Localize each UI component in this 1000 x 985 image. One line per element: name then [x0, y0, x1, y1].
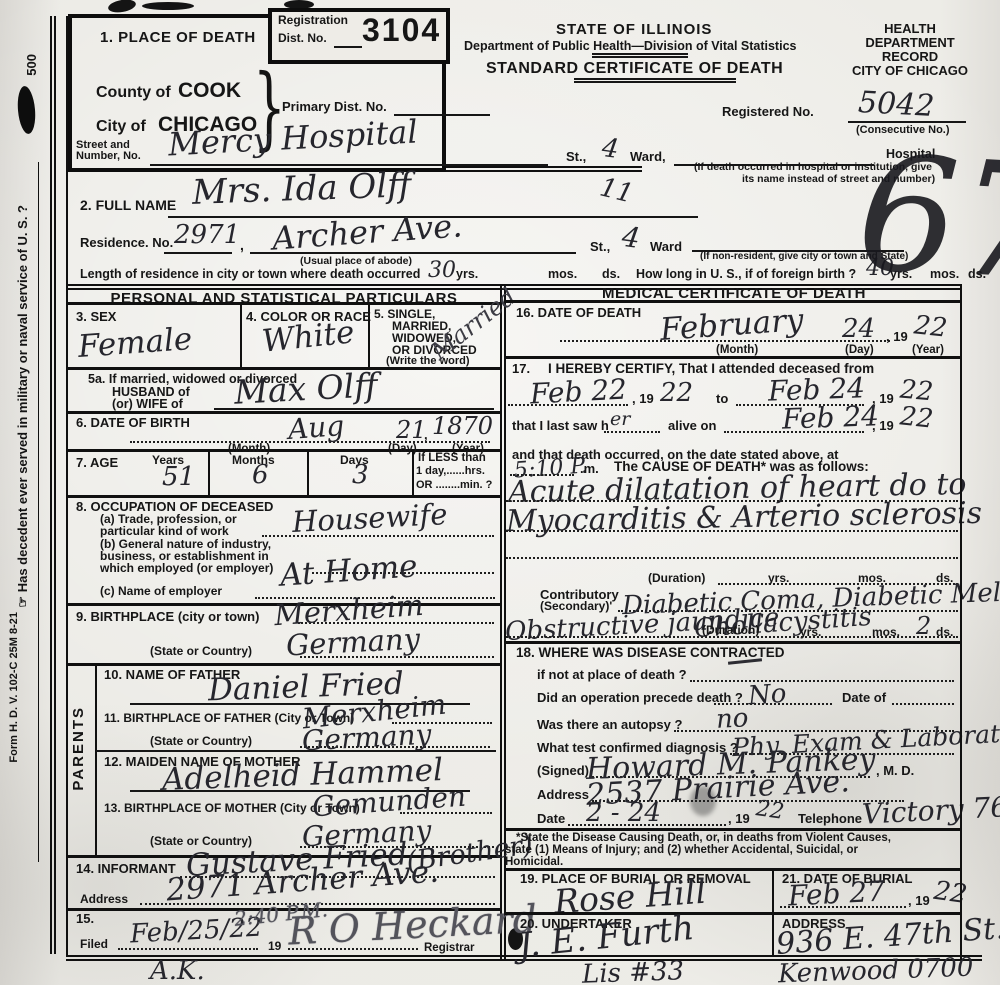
f17-label: 17. — [512, 362, 530, 376]
form-number: Form H. D. V. 102-C 25M 8-21 — [8, 612, 20, 763]
full-name-value: Mrs. Ida Olff — [191, 168, 411, 210]
margin-rule-thin — [38, 162, 39, 862]
cell-border — [307, 452, 309, 495]
rule — [892, 703, 954, 705]
occ-c-label: (c) Name of employer — [100, 585, 222, 598]
dob-day-value: 21 — [396, 418, 427, 442]
sex-value: Female — [77, 324, 193, 363]
operation-value: No — [747, 681, 787, 710]
scan-artifact — [142, 2, 194, 10]
rule — [574, 78, 736, 80]
st-label: St., — [566, 150, 586, 164]
filed-label: Filed — [80, 938, 108, 951]
year-prefix: , 19 — [908, 894, 930, 908]
rule — [592, 53, 688, 55]
year-prefix: , 19 — [886, 330, 908, 344]
day-note: (Day) — [845, 344, 874, 356]
overlay-number: 67 — [854, 135, 1000, 303]
form-right-border — [960, 284, 962, 960]
pointing-hand-icon: ☞ — [15, 596, 30, 608]
lastsaw-pre: that I last saw h — [512, 419, 609, 433]
dob-month-value: Aug — [287, 412, 345, 444]
license-number: Lis #33 — [582, 958, 685, 985]
age-label: 7. AGE — [76, 456, 118, 470]
lastsaw-post: alive on — [668, 419, 716, 433]
dob-year-value: 1870 — [432, 414, 493, 438]
registrar-label: Registrar — [424, 942, 475, 954]
department-line: Department of Public Health—Division of … — [464, 40, 796, 54]
abode-note: (Usual place of abode) — [300, 256, 412, 267]
margin-rule — [50, 16, 56, 954]
cell-border — [412, 452, 414, 495]
rule — [164, 252, 232, 254]
county-label: County of — [96, 84, 171, 101]
attended-from-date: Feb 22 — [529, 375, 627, 408]
ward-value: 4 — [600, 135, 620, 163]
death-certificate-scan: 500 ☞ Has decedent ever served in milita… — [0, 0, 1000, 985]
telephone-label: Telephone — [798, 812, 862, 826]
registered-no-label: Registered No. — [722, 105, 814, 119]
ward-label: Ward, — [630, 150, 666, 164]
burial-date-value: Feb 27 — [787, 877, 885, 910]
us-length-label: How long in U. S., if of foreign birth ? — [636, 268, 856, 282]
sex-label: 3. SEX — [76, 310, 116, 324]
age-years-value: 51 — [162, 464, 195, 490]
cert-date-year: 22 — [755, 798, 786, 824]
county-value: COOK — [178, 80, 241, 103]
city-label: City of — [96, 118, 146, 135]
telephone-value: Victory 7600 — [861, 791, 1000, 828]
birthplace-state-note: (State or Country) — [150, 645, 252, 658]
lastsaw-date: Feb 24 — [782, 402, 880, 433]
full-name-label: 2. FULL NAME — [80, 198, 176, 213]
to-label: to — [716, 392, 728, 406]
f5a-line3: (or) WIFE of — [112, 398, 183, 412]
cell-border — [240, 305, 242, 367]
rule — [68, 663, 500, 666]
film-marker-icon — [16, 85, 37, 134]
lastsaw-er: er — [610, 410, 630, 429]
burial-year-value: 22 — [932, 878, 968, 908]
father-state-note: (State or Country) — [150, 735, 252, 748]
attended-from-year: 22 — [660, 380, 693, 406]
dob-label: 6. DATE OF BIRTH — [76, 416, 190, 430]
death-year-value: 22 — [913, 312, 949, 341]
state-title: STATE OF ILLINOIS — [556, 22, 712, 38]
cert-date-value: 2 - 24 — [586, 800, 661, 826]
f15-label: 15. — [76, 912, 94, 926]
record-line1: HEALTH — [845, 22, 975, 36]
duration-note: (Duration) — [648, 572, 705, 585]
footnote-line3: Homicidal. — [505, 856, 563, 868]
rule — [506, 557, 958, 559]
occupation-value: Housewife — [291, 500, 448, 537]
year-prefix: , 19 — [728, 812, 750, 826]
operation-label: Did an operation precede death ? — [537, 691, 743, 705]
registration-label: Registration — [278, 14, 348, 27]
rule — [334, 46, 362, 48]
parents-label: PARENTS — [70, 706, 87, 791]
autopsy-value: no — [715, 705, 749, 733]
rule — [505, 641, 962, 644]
cell-border — [95, 663, 97, 855]
divider — [446, 166, 642, 172]
occ-b-line3: which employed (or employer) — [100, 562, 273, 575]
md-label: , M. D. — [876, 764, 914, 778]
comma: , — [240, 238, 244, 253]
informant-address-label: Address — [80, 893, 128, 906]
less-line3: OR ........min. ? — [416, 480, 492, 492]
yrs-label: yrs. — [456, 268, 478, 282]
secondary-label: (Secondary)' — [540, 600, 612, 613]
field1-place-of-death: 1. PLACE OF DEATH — [100, 30, 256, 46]
filed-19-label: 19 — [268, 940, 281, 953]
mos-label: mos. — [548, 268, 577, 282]
scan-artifact — [107, 0, 137, 14]
registered-no-value: 5042 — [857, 88, 935, 122]
ds-label: ds. — [602, 268, 620, 282]
death-day-value: 24 — [842, 316, 875, 342]
street-label-2: Number, No. — [76, 151, 141, 163]
less-line1: If LESS than — [418, 452, 486, 464]
record-line2: DEPARTMENT — [845, 36, 975, 50]
clerk-initials: A.K. — [150, 958, 205, 984]
rule — [505, 828, 962, 831]
residence-ward-value: 4 — [620, 223, 642, 253]
rule — [68, 302, 500, 305]
husband-name-value: Max Olff — [233, 368, 378, 408]
year-prefix: , 19 — [632, 392, 654, 406]
cell-border — [208, 452, 210, 495]
age-days-value: 3 — [352, 462, 369, 488]
date-of-death-label: 16. DATE OF DEATH — [516, 306, 641, 320]
less-line2: 1 day,......hrs. — [416, 466, 485, 478]
occ-a-line2: particular kind of work — [100, 525, 229, 538]
rule — [505, 356, 962, 359]
length-yrs-value: 30 — [428, 260, 456, 282]
length-label: Length of residence in city or town wher… — [80, 268, 420, 282]
rule — [574, 81, 736, 83]
ifnot-label: if not at place of death ? — [537, 668, 687, 682]
record-line3: RECORD — [845, 50, 975, 64]
lastsaw-year: 22 — [899, 403, 935, 432]
certificate-title: STANDARD CERTIFICATE OF DEATH — [486, 60, 783, 77]
reel-number: 500 — [24, 54, 39, 76]
rule — [505, 912, 962, 915]
physician-address-label: Address — [537, 788, 589, 802]
cert-date-label: Date — [537, 812, 565, 826]
primary-dist-label: Primary Dist. No. — [282, 100, 387, 114]
record-line4: CITY OF CHICAGO — [845, 64, 975, 78]
military-note-text: Has decedent ever served in military or … — [15, 205, 30, 592]
birthplace-state-value: Germany — [285, 625, 420, 661]
autopsy-label: Was there an autopsy ? — [537, 718, 682, 732]
signed-label: (Signed) — [537, 764, 589, 778]
age-months-value: 6 — [252, 462, 269, 488]
residence-st-label: St., — [590, 240, 610, 254]
race-value: White — [261, 317, 356, 358]
registration-district-number: 3104 — [362, 13, 441, 48]
rule — [690, 680, 954, 682]
residence-ward-label: Ward — [650, 240, 682, 254]
year-note: (Year) — [912, 344, 944, 356]
dist-no-label: Dist. No. — [278, 32, 327, 45]
employer-value: At Home — [279, 551, 418, 592]
informant-label: 14. INFORMANT — [76, 862, 176, 876]
footnote-line1: *State the Disease Causing Death, or, in… — [516, 832, 891, 844]
dateof-label: Date of — [842, 691, 886, 705]
residence-label: Residence. No. — [80, 236, 173, 250]
rule — [506, 636, 958, 638]
military-service-note: ☞ Has decedent ever served in military o… — [15, 205, 30, 608]
rule — [506, 530, 958, 532]
undertaker-phone: Kenwood 0700 — [778, 955, 974, 985]
year-prefix: , 19 — [872, 419, 894, 433]
comma: , — [424, 428, 428, 442]
rule — [592, 56, 688, 58]
rule — [604, 431, 660, 433]
birthplace-label: 9. BIRTHPLACE (city or town) — [76, 610, 259, 624]
marital-note: (Write the word) — [386, 356, 470, 368]
duration2-ds-value: 2 — [916, 614, 931, 638]
duration2-note: (Duration) — [702, 624, 759, 637]
duration-yrs: yrs. — [768, 572, 789, 585]
tick-mark: 11 — [597, 174, 635, 207]
month-note: (Month) — [716, 344, 758, 356]
f18-label: 18. WHERE WAS DISEASE CONTRACTED — [516, 646, 785, 661]
residence-number: 2971 — [174, 222, 240, 248]
footnote-line2: state (1) Means of Injury; and (2) wheth… — [505, 844, 858, 856]
